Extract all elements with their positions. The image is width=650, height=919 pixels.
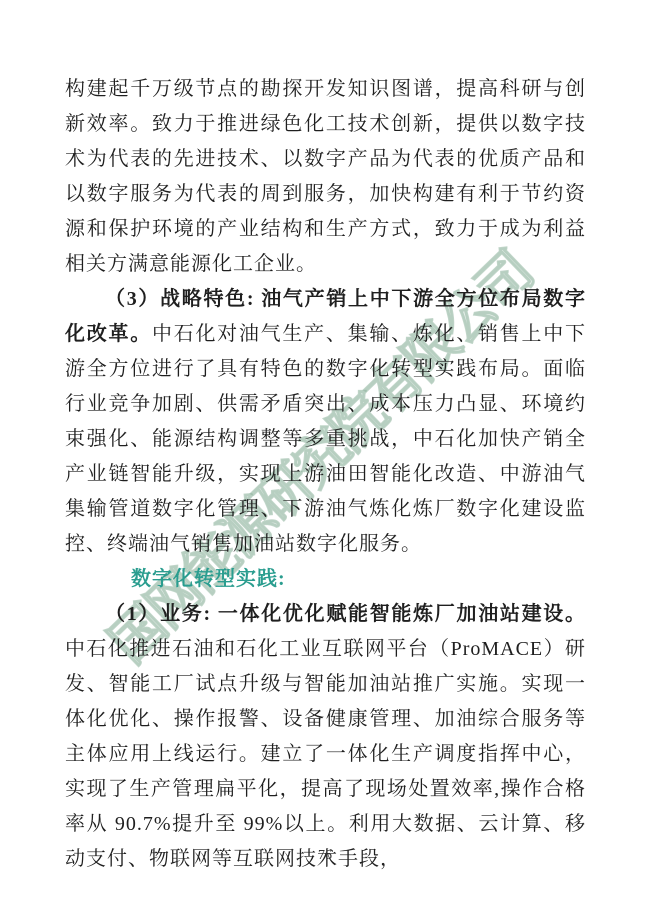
paragraph-business-lead: （1）业务: 一体化优化赋能智能炼厂加油站建设。 <box>105 603 586 625</box>
paragraph-business: （1）业务: 一体化优化赋能智能炼厂加油站建设。中石化推进石油和石化工业互联网平… <box>65 597 586 877</box>
paragraph-business-body: 中石化推进石油和石化工业互联网平台（ProMACE）研发、智能工厂试点升级与智能… <box>65 638 586 870</box>
document-page: 国网能源研究院有限公司 构建起千万级节点的勘探开发知识图谱，提高科研与创新效率。… <box>0 0 650 919</box>
paragraph-continuation: 构建起千万级节点的勘探开发知识图谱，提高科研与创新效率。致力于推进绿色化工技术创… <box>65 72 586 282</box>
paragraph-strategy: （3）战略特色: 油气产销上中下游全方位布局数字化改革。中石化对油气生产、集输、… <box>65 282 586 562</box>
page-number: 76 <box>0 848 650 864</box>
paragraph-strategy-body: 中石化对油气生产、集输、炼化、销售上中下游全方位进行了具有特色的数字化转型实践布… <box>65 323 586 555</box>
subheading-digital-transformation-practice: 数字化转型实践: <box>65 562 586 597</box>
page-content: 构建起千万级节点的勘探开发知识图谱，提高科研与创新效率。致力于推进绿色化工技术创… <box>0 0 650 877</box>
